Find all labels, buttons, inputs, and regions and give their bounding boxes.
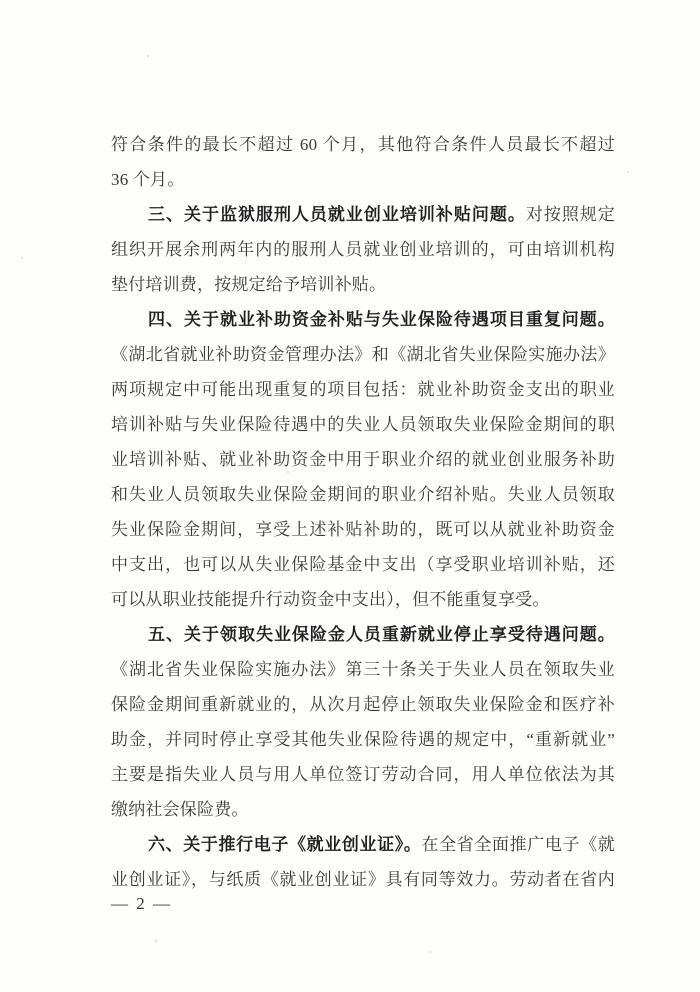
- text-line: 六、关于推行电子《就业创业证》。在全省全面推广电子《就: [111, 827, 615, 862]
- body-text-run: 助金，并同时停止享受其他失业保险待遇的规定中，“重新就业”: [111, 730, 615, 749]
- body-text-run: 主要是指失业人员与用人单位签订劳动合同，用人单位依法为其: [111, 765, 615, 784]
- text-line: 垫付培训费，按规定给予培训补贴。: [111, 267, 615, 302]
- text-line: 失业保险金期间，享受上述补贴补助的，既可以从就业补助资金: [111, 512, 615, 547]
- body-text-run: 对按照规定: [526, 205, 615, 224]
- text-line: 业培训补贴、就业补助资金中用于职业介绍的就业创业服务补助: [111, 442, 615, 477]
- body-text-run: 中支出，也可以从失业保险基金中支出（享受职业培训补贴，还: [111, 555, 615, 574]
- document-body: 符合条件的最长不超过 60 个月，其他符合条件人员最长不超过36 个月。三、关于…: [111, 127, 615, 897]
- text-line: 《湖北省就业补助资金管理办法》和《湖北省失业保险实施办法》: [111, 337, 615, 372]
- text-line: 三、关于监狱服刑人员就业创业培训补贴问题。对按照规定: [111, 197, 615, 232]
- section-heading-run: 五、关于领取失业保险金人员重新就业停止享受待遇问题。: [148, 625, 615, 644]
- body-text-run: 缴纳社会保险费。: [111, 800, 249, 819]
- text-line: 组织开展余刑两年内的服刑人员就业创业培训的，可由培训机构: [111, 232, 615, 267]
- body-text-run: 保险金期间重新就业的，从次月起停止领取失业保险金和医疗补: [111, 695, 615, 714]
- text-line: 培训补贴与失业保险待遇中的失业人员领取失业保险金期间的职: [111, 407, 615, 442]
- body-text-run: 和失业人员领取失业保险金期间的职业介绍补贴。失业人员领取: [111, 485, 615, 504]
- body-text-run: 可以从职业技能提升行动资金中支出），但不能重复享受。: [111, 590, 550, 609]
- body-text-run: 《湖北省就业补助资金管理办法》和《湖北省失业保险实施办法》: [111, 345, 615, 364]
- body-text-run: 组织开展余刑两年内的服刑人员就业创业培训的，可由培训机构: [111, 240, 615, 259]
- text-line: 两项规定中可能出现重复的项目包括：就业补助资金支出的职业: [111, 372, 615, 407]
- text-line: 缴纳社会保险费。: [111, 792, 615, 827]
- text-line: 可以从职业技能提升行动资金中支出），但不能重复享受。: [111, 582, 615, 617]
- body-text-run: 在全省全面推广电子《就: [422, 835, 615, 854]
- body-text-run: 业创业证》，与纸质《就业创业证》具有同等效力。劳动者在省内: [111, 870, 615, 889]
- body-text-run: 两项规定中可能出现重复的项目包括：就业补助资金支出的职业: [111, 380, 615, 399]
- document-page: 符合条件的最长不超过 60 个月，其他符合条件人员最长不超过36 个月。三、关于…: [0, 0, 700, 992]
- text-line: 36 个月。: [111, 162, 615, 197]
- text-line: 主要是指失业人员与用人单位签订劳动合同，用人单位依法为其: [111, 757, 615, 792]
- text-line: 保险金期间重新就业的，从次月起停止领取失业保险金和医疗补: [111, 687, 615, 722]
- text-line: 中支出，也可以从失业保险基金中支出（享受职业培训补贴，还: [111, 547, 615, 582]
- body-text-run: 《湖北省失业保险实施办法》第三十条关于失业人员在领取失业: [111, 660, 615, 679]
- paragraph-continuation-paragraph: 符合条件的最长不超过 60 个月，其他符合条件人员最长不超过36 个月。: [111, 127, 615, 197]
- body-text-run: 培训补贴与失业保险待遇中的失业人员领取失业保险金期间的职: [111, 415, 615, 434]
- text-line: 助金，并同时停止享受其他失业保险待遇的规定中，“重新就业”: [111, 722, 615, 757]
- text-line: 五、关于领取失业保险金人员重新就业停止享受待遇问题。: [111, 617, 615, 652]
- paragraph-section-6: 六、关于推行电子《就业创业证》。在全省全面推广电子《就业创业证》，与纸质《就业创…: [111, 827, 615, 897]
- body-text-run: 业培训补贴、就业补助资金中用于职业介绍的就业创业服务补助: [111, 450, 615, 469]
- text-line: 《湖北省失业保险实施办法》第三十条关于失业人员在领取失业: [111, 652, 615, 687]
- text-line: 符合条件的最长不超过 60 个月，其他符合条件人员最长不超过: [111, 127, 615, 162]
- paragraph-section-5: 五、关于领取失业保险金人员重新就业停止享受待遇问题。《湖北省失业保险实施办法》第…: [111, 617, 615, 827]
- section-heading-run: 六、关于推行电子《就业创业证》。: [148, 835, 422, 854]
- paragraph-section-4: 四、关于就业补助资金补贴与失业保险待遇项目重复问题。《湖北省就业补助资金管理办法…: [111, 302, 615, 617]
- page-number: — 2 —: [111, 889, 615, 919]
- paragraph-section-3: 三、关于监狱服刑人员就业创业培训补贴问题。对按照规定组织开展余刑两年内的服刑人员…: [111, 197, 615, 302]
- body-text-run: 失业保险金期间，享受上述补贴补助的，既可以从就业补助资金: [111, 520, 615, 539]
- text-line: 和失业人员领取失业保险金期间的职业介绍补贴。失业人员领取: [111, 477, 615, 512]
- body-text-run: 36 个月。: [111, 170, 184, 189]
- section-heading-run: 四、关于就业补助资金补贴与失业保险待遇项目重复问题。: [148, 310, 615, 329]
- body-text-run: 垫付培训费，按规定给予培训补贴。: [111, 275, 386, 294]
- text-line: 四、关于就业补助资金补贴与失业保险待遇项目重复问题。: [111, 302, 615, 337]
- section-heading-run: 三、关于监狱服刑人员就业创业培训补贴问题。: [148, 205, 526, 224]
- body-text-run: 符合条件的最长不超过 60 个月，其他符合条件人员最长不超过: [111, 135, 615, 154]
